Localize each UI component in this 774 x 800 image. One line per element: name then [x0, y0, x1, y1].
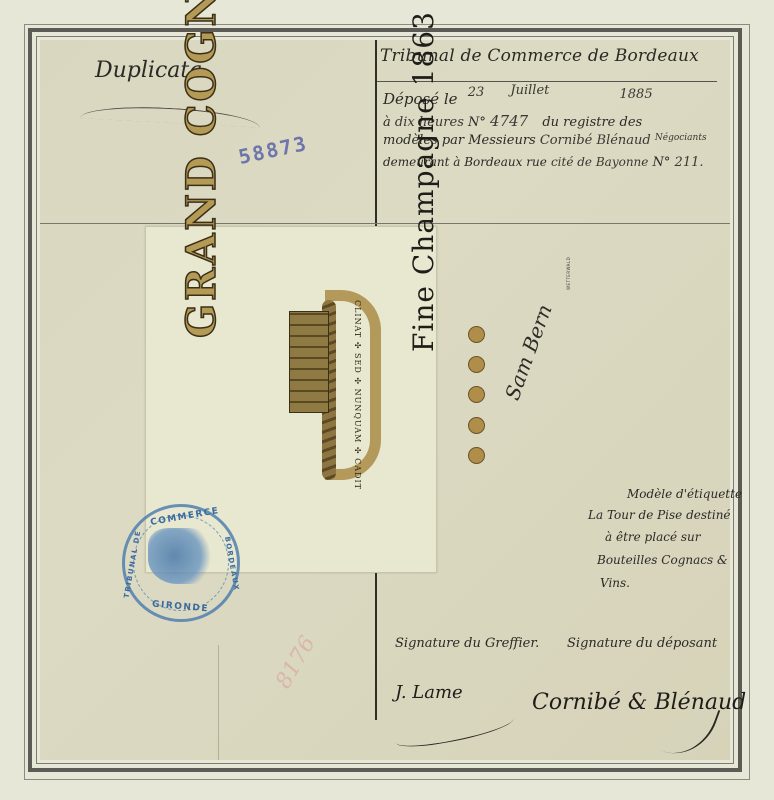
model-note-line-2: La Tour de Pise destiné [588, 508, 731, 522]
leaning-tower-icon [289, 311, 329, 413]
model-note-line-1: Modèle d'étiquette [627, 487, 742, 501]
printer-mark: WETTERWALD [566, 257, 571, 290]
deposant-signature-label: Signature du déposant [567, 636, 717, 651]
model-note-line-4: Bouteilles Cognacs & [597, 553, 728, 567]
paper-crease [218, 645, 219, 760]
deposit-day: 23 [468, 85, 485, 100]
deposit-month: Juillet [510, 83, 549, 98]
ribbon-motto: CLINAT ✣ SED ✣ NUNQUAM ✣ CADIT [353, 300, 362, 490]
depositor-prefix: modèles par Messieurs [383, 133, 536, 148]
medal-dot-icon [468, 356, 485, 373]
register-number: 4747 [490, 112, 528, 130]
deposit-section-divider [40, 223, 730, 224]
medal-dot-icon [468, 386, 485, 403]
seal-emblem-icon [148, 528, 214, 584]
register-suffix: du registre des [542, 115, 642, 130]
model-note-line-5: Vins. [600, 576, 630, 590]
label-subtitle: Fine Champagne 1863 [407, 11, 440, 352]
deposit-year: 1885 [620, 87, 653, 102]
medal-dot-icon [468, 326, 485, 343]
register-number-prefix: N° [468, 115, 486, 130]
depositor-role: Négociants [655, 133, 707, 143]
medal-dot-icon [468, 447, 485, 464]
label-title: GRAND COGNAC [178, 0, 225, 338]
residence-number: 211. [675, 155, 704, 170]
deposit-at: à [383, 115, 391, 130]
model-note-line-3: à être placé sur [605, 530, 700, 544]
depositor-name: Cornibé Blénaud [540, 133, 651, 148]
residence-number-prefix: N° [653, 155, 671, 170]
medal-dot-icon [468, 417, 485, 434]
residence-street: cité de Bayonne [551, 155, 648, 169]
greffier-signature-label: Signature du Greffier. [395, 636, 539, 651]
greffier-signature: J. Lame [395, 682, 463, 703]
